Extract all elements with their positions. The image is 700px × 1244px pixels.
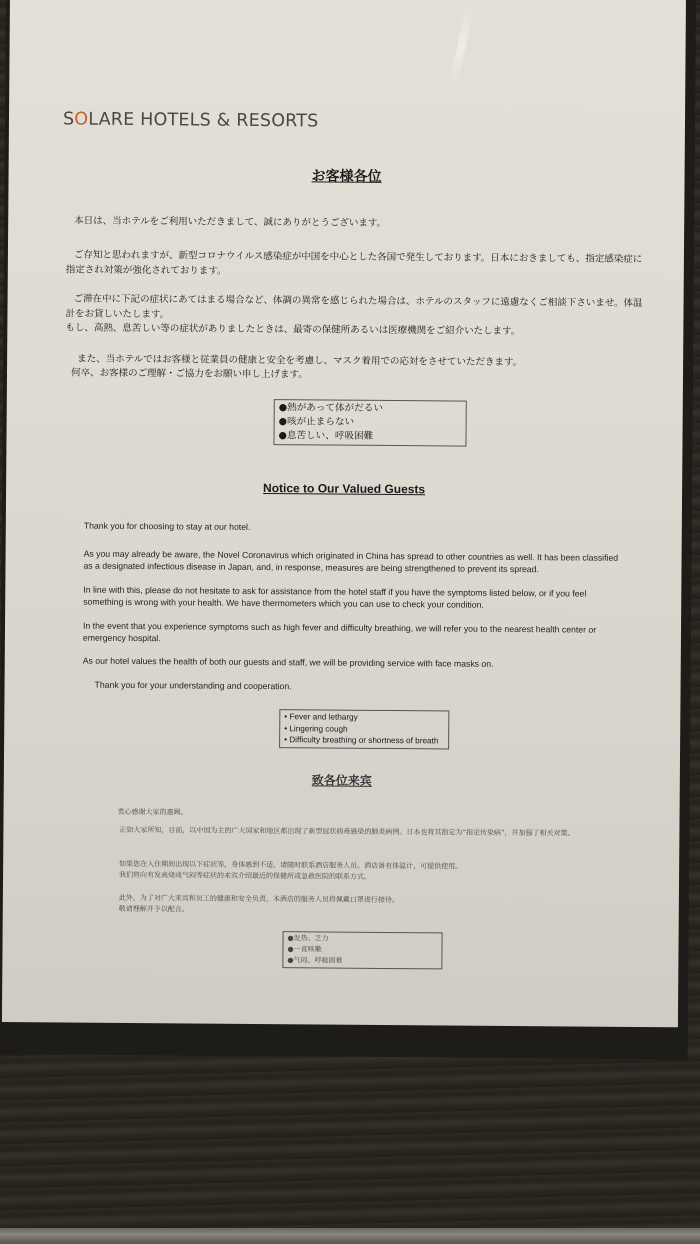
en-paragraph-4: In the event that you experience symptom… bbox=[83, 621, 628, 648]
glare-reflection bbox=[449, 6, 474, 86]
english-title: Notice to Our Valued Guests bbox=[6, 479, 682, 498]
symptom-item: ●息苦しい、呼吸困難 bbox=[278, 429, 461, 444]
en-paragraph-5: As our hotel values the health of both o… bbox=[83, 656, 628, 672]
en-paragraph-3: In line with this, please do not hesitat… bbox=[83, 585, 628, 612]
cn-symptoms-box: ●发热、乏力 ●一直咳嗽 ●气闷、呼吸困难 bbox=[282, 931, 442, 969]
jp-paragraph-2: ご存知と思われますが、新型コロナウイルス感染症が中国を中心とした各国で発生してお… bbox=[66, 248, 646, 282]
symptom-item: • Difficulty breathing or shortness of b… bbox=[284, 734, 444, 747]
cn-paragraph-2: 正如大家所知，目前，以中国为主的广大国家和地区都出现了新型冠状病毒感染的肺炎病例… bbox=[107, 825, 597, 840]
jp-symptoms-box: ●熱があって体がだるい ●咳が止まらない ●息苦しい、呼吸困難 bbox=[273, 399, 466, 447]
jp-paragraph-1: 本日は、当ホテルをご利用いただきまして、誠にありがとうございます。 bbox=[66, 214, 646, 233]
en-paragraph-6: Thank you for your understanding and coo… bbox=[95, 680, 640, 696]
symptom-item: • Fever and lethargy bbox=[284, 711, 444, 724]
symptom-item: ●熱があって体がだるい bbox=[279, 401, 462, 416]
jp-paragraph-3: ご滞在中に下記の症状にあてはまる場合など、体調の異常を感じられた場合は、ホテルの… bbox=[65, 292, 645, 326]
en-paragraph-2: As you may already be aware, the Novel C… bbox=[83, 549, 628, 576]
symptom-item: ●咳が止まらない bbox=[279, 415, 462, 430]
japanese-title: お客様各位 bbox=[8, 163, 684, 188]
symptom-item: ●气闷、呼吸困难 bbox=[287, 955, 437, 967]
en-paragraph-1: Thank you for choosing to stay at our ho… bbox=[84, 521, 629, 537]
cn-paragraph-1: 衷心感谢大家的惠顾。 bbox=[118, 807, 608, 822]
notice-paper: SOLARE HOTELS & RESORTS お客様各位 本日は、当ホテルをご… bbox=[2, 0, 686, 1027]
en-symptoms-box: • Fever and lethargy • Lingering cough •… bbox=[279, 709, 449, 749]
logo-accent-letter: O bbox=[74, 110, 88, 130]
logo-text-suffix: LARE HOTELS & RESORTS bbox=[88, 110, 318, 132]
logo-text-prefix: S bbox=[63, 109, 74, 129]
chinese-title: 致各位来宾 bbox=[4, 769, 680, 791]
hotel-logo: SOLARE HOTELS & RESORTS bbox=[63, 109, 319, 131]
door-edge-strip bbox=[0, 1228, 700, 1244]
